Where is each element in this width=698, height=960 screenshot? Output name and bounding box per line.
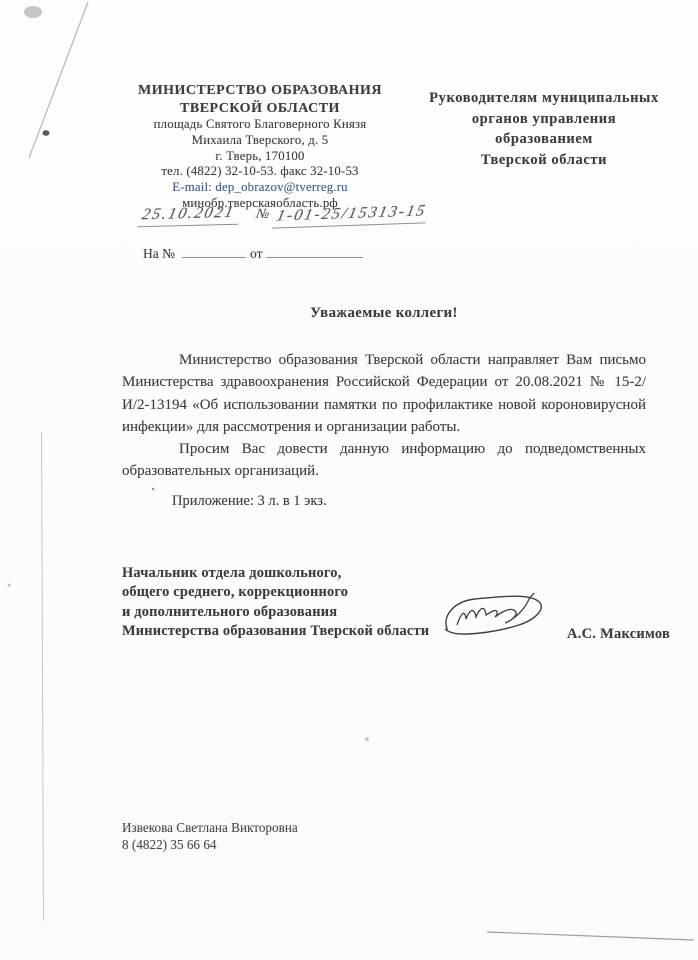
letterhead: МИНИСТЕРСТВО ОБРАЗОВАНИЯ ТВЕРСКОЙ ОБЛАСТ… <box>112 82 408 212</box>
signature-scribble <box>440 591 558 647</box>
org-name-line1: МИНИСТЕРСТВО ОБРАЗОВАНИЯ <box>112 82 408 100</box>
body-paragraph-1: Министерство образования Тверской област… <box>122 349 646 438</box>
recipient-line: Руководителям муниципальных <box>398 88 690 109</box>
executor-name: Извекова Светлана Викторовна <box>122 820 298 837</box>
number-sign: № <box>255 207 271 223</box>
org-phone-line: тел. (4822) 32-10-53. факс 32-10-53 <box>112 164 408 180</box>
executor-phone: 8 (4822) 35 66 64 <box>122 837 298 854</box>
scan-speck <box>152 488 154 490</box>
reply-label: На № <box>143 246 175 261</box>
reply-from-label: от <box>250 246 262 261</box>
signature-title-line: Начальник отдела дошкольного, <box>122 564 562 583</box>
scan-bottom-line <box>487 932 694 940</box>
org-address-line3: г. Тверь, 170100 <box>112 149 408 165</box>
recipient-line: образованием <box>398 129 690 150</box>
handwritten-outgoing-number: 1-01-25/15313-15 <box>272 202 430 228</box>
outgoing-reference-line: 25.10.2021 № 1-01-25/15313-15 <box>140 205 470 226</box>
scan-speck <box>365 737 369 741</box>
org-name-line2: ТВЕРСКОЙ ОБЛАСТИ <box>112 100 408 118</box>
reply-date-blank <box>266 243 363 258</box>
executor-contact: Извекова Светлана Викторовна 8 (4822) 35… <box>122 820 298 853</box>
scanned-letter-page: МИНИСТЕРСТВО ОБРАЗОВАНИЯ ТВЕРСКОЙ ОБЛАСТ… <box>0 0 698 960</box>
recipient-line: Тверской области <box>398 150 690 171</box>
reply-reference-line: На №от <box>143 243 363 262</box>
scan-edge-line <box>42 432 44 921</box>
scan-crease-line <box>29 2 88 158</box>
recipient-line: органов управления <box>398 109 690 130</box>
letter-body: Министерство образования Тверской област… <box>122 349 646 483</box>
body-paragraph-2: Просим Вас довести данную информацию до … <box>122 438 646 483</box>
attachment-line: Приложение: 3 л. в 1 экз. <box>172 493 327 510</box>
org-address-line2: Михаила Тверского, д. 5 <box>112 133 408 149</box>
signer-name: А.С. Максимов <box>567 626 670 643</box>
reply-number-blank <box>182 243 246 258</box>
handwritten-date: 25.10.2021 <box>137 204 242 228</box>
recipient-block: Руководителям муниципальных органов упра… <box>398 88 690 170</box>
scan-speck <box>8 584 11 587</box>
org-email-line: E-mail: dep_obrazov@tverreg.ru <box>112 180 408 196</box>
org-address-line1: площадь Святого Благоверного Князя <box>112 117 408 133</box>
scan-smudge <box>24 6 42 18</box>
scan-dot <box>43 130 50 136</box>
salutation: Уважаемые коллеги! <box>122 305 646 322</box>
